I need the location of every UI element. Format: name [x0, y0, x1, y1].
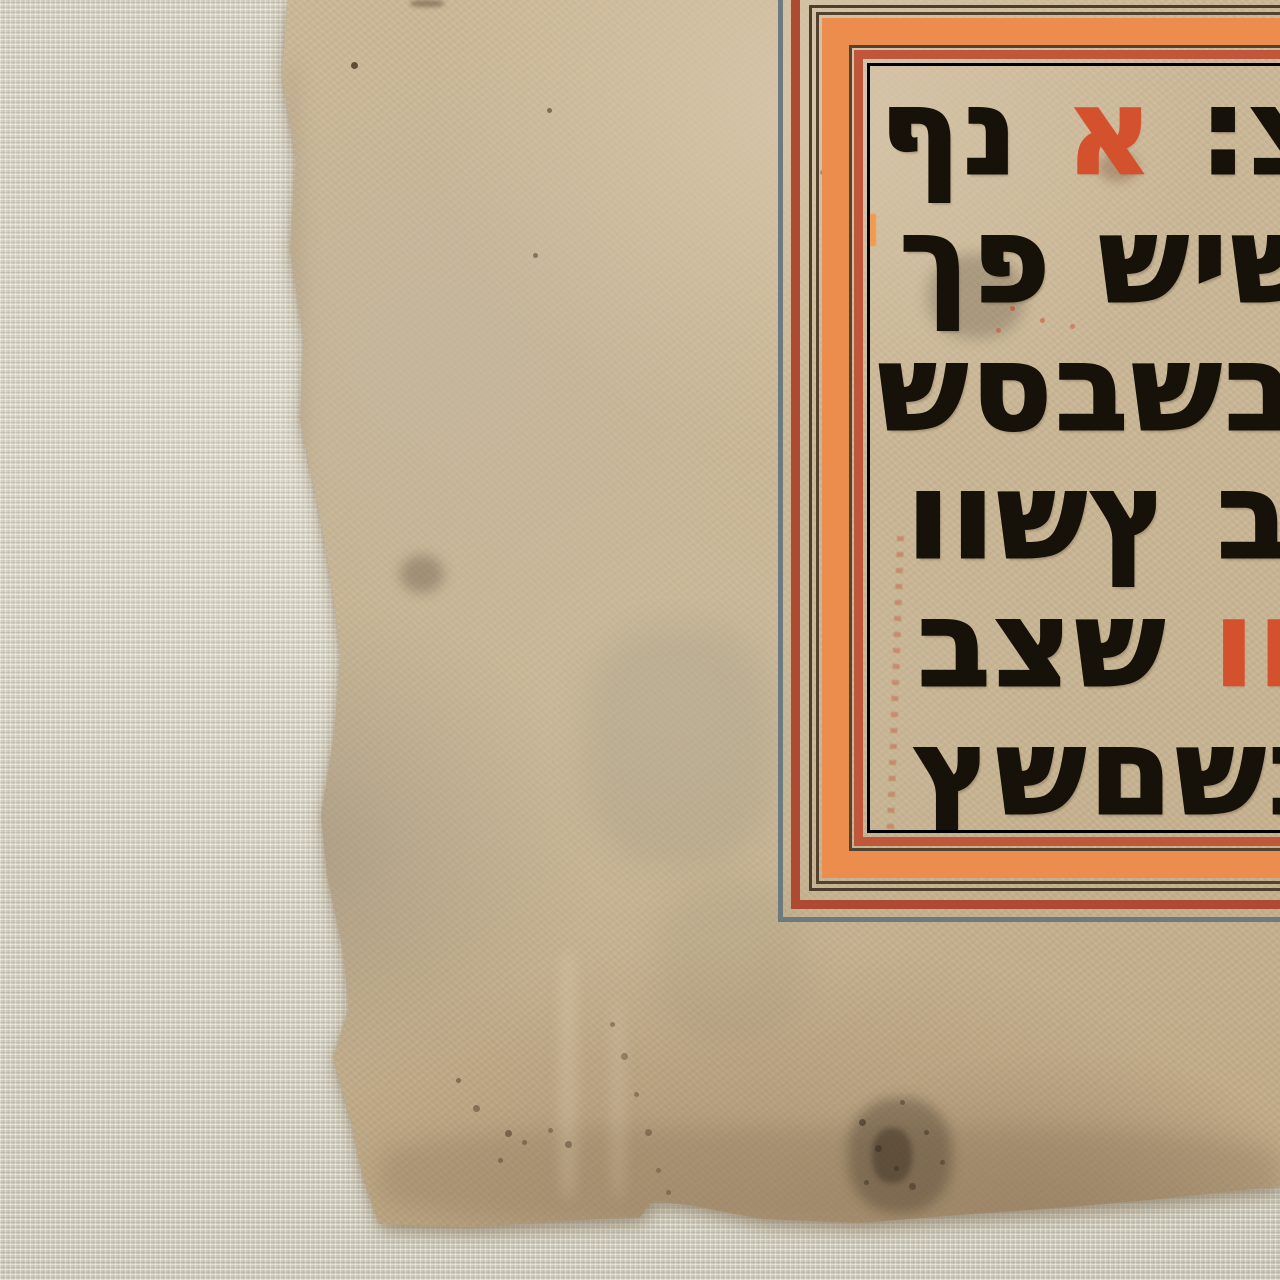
script-line: שסבשב שבםו	[870, 322, 1280, 450]
rubric-double-bar: וו	[1214, 575, 1280, 713]
script-segment: ׃צ׃ בך בם	[1201, 63, 1280, 201]
script-block: ףנ א ׃צ׃ בך בם ךפ שישבך שבם שסבשב שבםו ı…	[870, 66, 1280, 830]
text-panel: ףנ א ׃צ׃ בך בם ךפ שישבך שבם שסבשב שבםו ı…	[867, 63, 1280, 833]
script-segment: שסבשב שבםו	[878, 319, 1280, 457]
leaf-stain-ghost-patch	[585, 625, 775, 865]
photo-scene: ףנ א ׃צ׃ בך בם ךפ שישבך שבם שסבשב שבםו ı…	[0, 0, 1280, 1280]
script-segment: בצש	[918, 575, 1214, 713]
script-segment: ץשםשב שבץם	[914, 703, 1280, 833]
leaf-wrinkle-streak2	[612, 1000, 624, 1200]
leaf-stain-bottom-band	[380, 1128, 1280, 1223]
leaf-stain-top-edge	[410, 0, 444, 7]
script-segment: ııשץ בשבצ םש	[908, 447, 1280, 585]
leaf-stain-smudge	[400, 555, 444, 593]
script-line: ııשץ בשבצ םש	[870, 450, 1280, 578]
script-segment: ךפ שישבך שבם	[900, 191, 1280, 329]
script-line: ךפ שישבך שבם	[870, 194, 1280, 322]
leaf-foxing-specks	[260, 0, 265, 5]
script-segment: ףנ	[880, 63, 1021, 201]
rubric-mark: א	[1066, 63, 1156, 201]
leaf-stain-left-rim	[278, 60, 304, 1180]
script-line: בצש וו ךבםש	[870, 578, 1280, 706]
script-line: ףנ א ׃צ׃ בך בם	[870, 66, 1280, 194]
leaf-stain-blotch-core	[872, 1128, 912, 1183]
script-line: ץשםשב שבץם	[870, 706, 1280, 833]
leaf-wrinkle-streak	[560, 950, 576, 1200]
text-frame: ףנ א ׃צ׃ בך בם ךפ שישבך שבם שסבשב שבםו ı…	[778, 0, 1280, 922]
